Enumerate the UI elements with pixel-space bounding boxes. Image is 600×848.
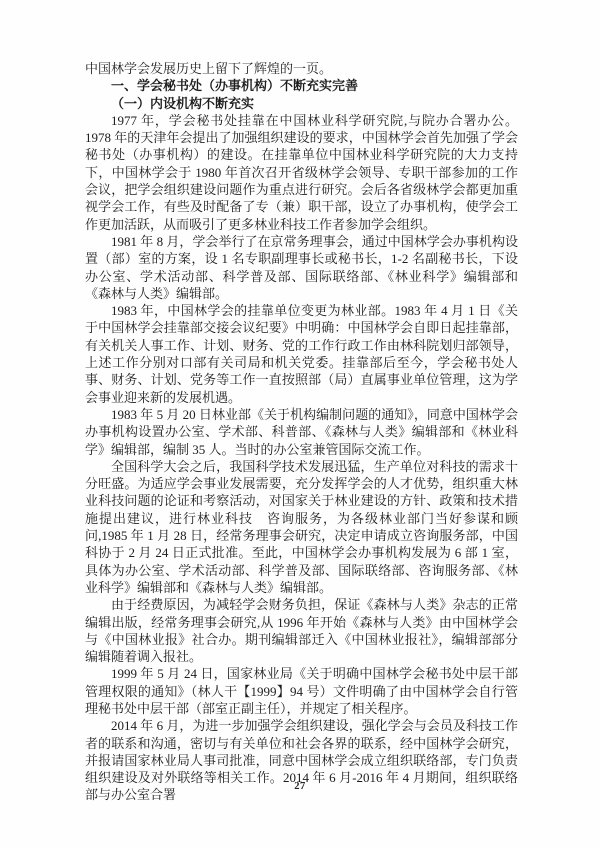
paragraph-science-congress: 全国科学大会之后，我国科学技术发展迅猛，生产单位对科技的需求十分旺盛。为适应学会… (85, 458, 518, 596)
document-page: 中国林学会发展历史上留下了辉煌的一页。 一、学会秘书处（办事机构）不断充实完善 … (0, 0, 600, 848)
paragraph-1983-transfer: 1983 年，中国林学会的挂靠单位变更为林业部。1983 年 4 月 1 日《关… (85, 302, 518, 406)
text-column: 中国林学会发展历史上留下了辉煌的一页。 一、学会秘书处（办事机构）不断充实完善 … (85, 60, 518, 804)
section-heading: 一、学会秘书处（办事机构）不断充实完善 (85, 77, 518, 94)
subsection-heading: （一）内设机构不断充实 (85, 95, 518, 112)
paragraph-1983-staffing: 1983 年 5 月 20 日林业部《关于机构编制问题的通知》，同意中国林学会办… (85, 406, 518, 458)
paragraph-1977: 1977 年，学会秘书处挂靠在中国林业科学研究院,与院办合署办公。1978 年的… (85, 112, 518, 233)
continuation-paragraph: 中国林学会发展历史上留下了辉煌的一页。 (85, 60, 518, 77)
paragraph-funding: 由于经费原因，为减轻学会财务负担，保证《森林与人类》杂志的正常编辑出版，经常务理… (85, 596, 518, 665)
paragraph-1999: 1999 年 5 月 24 日，国家林业局《关于明确中国林学会秘书处中层干部管理… (85, 665, 518, 717)
paragraph-1981: 1981 年 8 月，学会举行了在京常务理事会，通过中国林学会办事机构设置（部）… (85, 233, 518, 302)
page-number: 27 (0, 781, 600, 792)
